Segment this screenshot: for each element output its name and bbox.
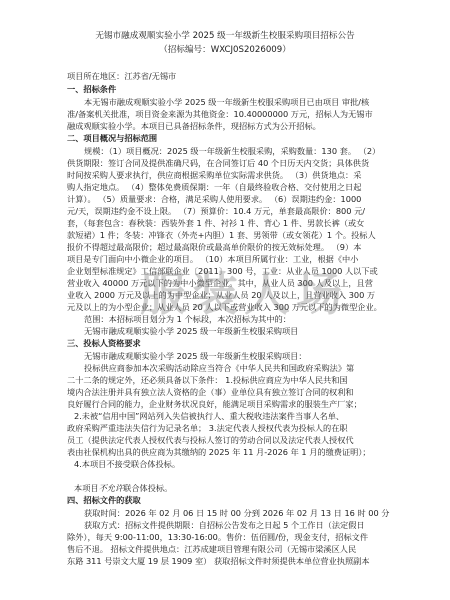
section-2-lot-name: 无锡市融成观顺实验小学 2025 级一年级新生校服采购项目	[84, 325, 298, 337]
section-3-line: 投标供应商参加本次采购活动除应当符合《中华人民共和国政府采购法》第	[84, 362, 354, 374]
section-heading-2: 二、项目概况与招标范围	[67, 132, 157, 144]
section-3-line: 二十二条的规定外，还必须具备以下条件： 1.投标供应商应为中华人民共和国	[67, 374, 348, 386]
section-2-line: 规模：（1）项目概况：2025 级一年级新生校服采购，采购数量：130 套。 （…	[84, 145, 380, 157]
section-heading-3: 三、投标人资格要求	[67, 337, 141, 349]
section-2-line: 供货期限：签订合同及提供准确尺码，在合同签订后 40 个日历天内交货；具体供货	[67, 157, 369, 169]
section-heading-1: 一、招标条件	[67, 83, 116, 95]
section-2-line: 购人指定地点。 （4）整体免费质保期：一年（自最终验收合格、交付使用之日起	[67, 181, 361, 193]
tender-code: （招标编号：WXCJ0S2026009）	[0, 44, 450, 56]
section-1-line: 融成观顺实验小学。本项目已具备招标条件，现招标方式为公开招标。	[67, 120, 321, 132]
section-2-line: 营业收入 40000 万元以下的为中小微型企业。其中，从业人员 300 人及以上…	[67, 277, 373, 289]
consortium-note-italic: 不允许	[99, 483, 124, 493]
project-region: 项目所在地区：江苏省/无锡市	[67, 70, 176, 82]
section-4-line: 获取方式：招标文件提供期限：自招标公告发布之日起 5 个工作日（法定假日	[84, 519, 365, 531]
section-2-line: 元及以上的为小型企业；从业人员 20 人以下或营业收入 300 万元以下的为微型…	[67, 301, 382, 313]
document-title: 无锡市融成观顺实验小学 2025 级一年级新生校服采购项目招标公告	[0, 30, 450, 42]
consortium-note: 本项目不允许联合体投标。	[74, 482, 172, 494]
consortium-note-suffix: 联合体投标。	[123, 483, 172, 493]
section-3-line: 4.本项目不接受联合体投标。	[74, 458, 180, 470]
section-3-line: 2.未被“信用中国”网站列入失信被执行人、重大税收违法案件当事人名单、	[74, 410, 344, 422]
section-3-line: 良好履行合同的能力，企业财务状况良好，能满足项目采购需求的服装生产厂家；	[67, 398, 362, 410]
section-3-line: 员工（提供法定代表人授权代表与投标人签订的劳动合同以及法定代表人授权代	[67, 434, 354, 446]
section-3-line: 政府采购严重违法失信行为记录名单； 3.法定代表人授权代表为投标人的在职	[67, 422, 348, 434]
section-2-line: 业收入 2000 万元及以上的为中型企业；从业人员 20 人及以上，且营业收入 …	[67, 289, 375, 301]
section-2-line: 企业划型标准规定》工信部联企业〔2011〕300 号，工业：从业人员 1000 …	[67, 265, 378, 277]
section-heading-4: 四、招标文件的获取	[67, 494, 141, 506]
document-page: 无锡市融成观顺实验小学 2025 级一年级新生校服采购项目招标公告 （招标编号：…	[0, 0, 450, 600]
section-4-line: 除外），每天 9:00-11:00，13:30-16:00。售价：伍佰圆/份，现…	[67, 531, 368, 543]
section-3-line: 境内合法注册并具有独立法人资格的企（事）业单位具有独立签订合同的权利和	[67, 386, 354, 398]
section-2-line: 计算）。 （5）质量要求：合格，满足采购人使用要求。 （6）误期违约金：1000	[67, 193, 361, 205]
section-3-line: 表由社保机构出具的供应商为其缴纳的 2025 年 11 月-2026 年 1 月…	[67, 446, 371, 458]
section-2-line: 项目是专门面向中小微企业的项目。 （10）本项目所属行业：工业，根据《中小	[67, 253, 358, 265]
section-4-line: 售后不退。 招标文件提供地点：江苏成建项目管理有限公司（无锡市梁溪区人民	[67, 543, 356, 555]
section-2-scope: 范围：本招标项目划分为 1 个标段，本次招标为其中的：	[84, 313, 291, 325]
section-4-line: 东路 311 号崇文大厦 19 层 1909 室） 获取招标文件时须提供本单位营…	[67, 555, 370, 567]
section-2-line: 套，（每套包含：春秋装：西装外套 1 件、衬衫 1 件、背心 1 件、男款长裤（…	[67, 217, 364, 229]
section-2-line: 报价不得超过最高限价；超过最高限价或最高单价限价的按无效标处理。 （9）本	[67, 241, 361, 253]
section-2-line: 时间按采购人要求执行，供应商根据采购单位实际需求供货。 （3）供货地点：采	[67, 169, 361, 181]
section-3-line: 无锡市融成观顺实验小学 2025 级一年级新生校服采购项目：	[84, 350, 307, 362]
section-1-line: 本无锡市融成观顺实验小学 2025 级一年级新生校服采购项目已由项目 审批/核	[84, 96, 369, 108]
section-1-line: 准/备案机关批准，项目资金来源为其他资金：10.40000000 万元，招标人为…	[67, 108, 373, 120]
consortium-note-prefix: 本项目	[74, 483, 99, 493]
section-4-line: 获取时间：2026 年 02 月 06 日 15 时 00 分到 2026 年 …	[84, 507, 389, 519]
section-2-line: 款短裙）1 件；冬装：冲锋衣（外壳+内胆）1 套、男领带（或女领花）1 个。投标…	[67, 229, 376, 241]
section-2-line: 元/天，误期违约金不设上限。 （7）预算价：10.4 万元，单套最高限价：800…	[67, 205, 365, 217]
